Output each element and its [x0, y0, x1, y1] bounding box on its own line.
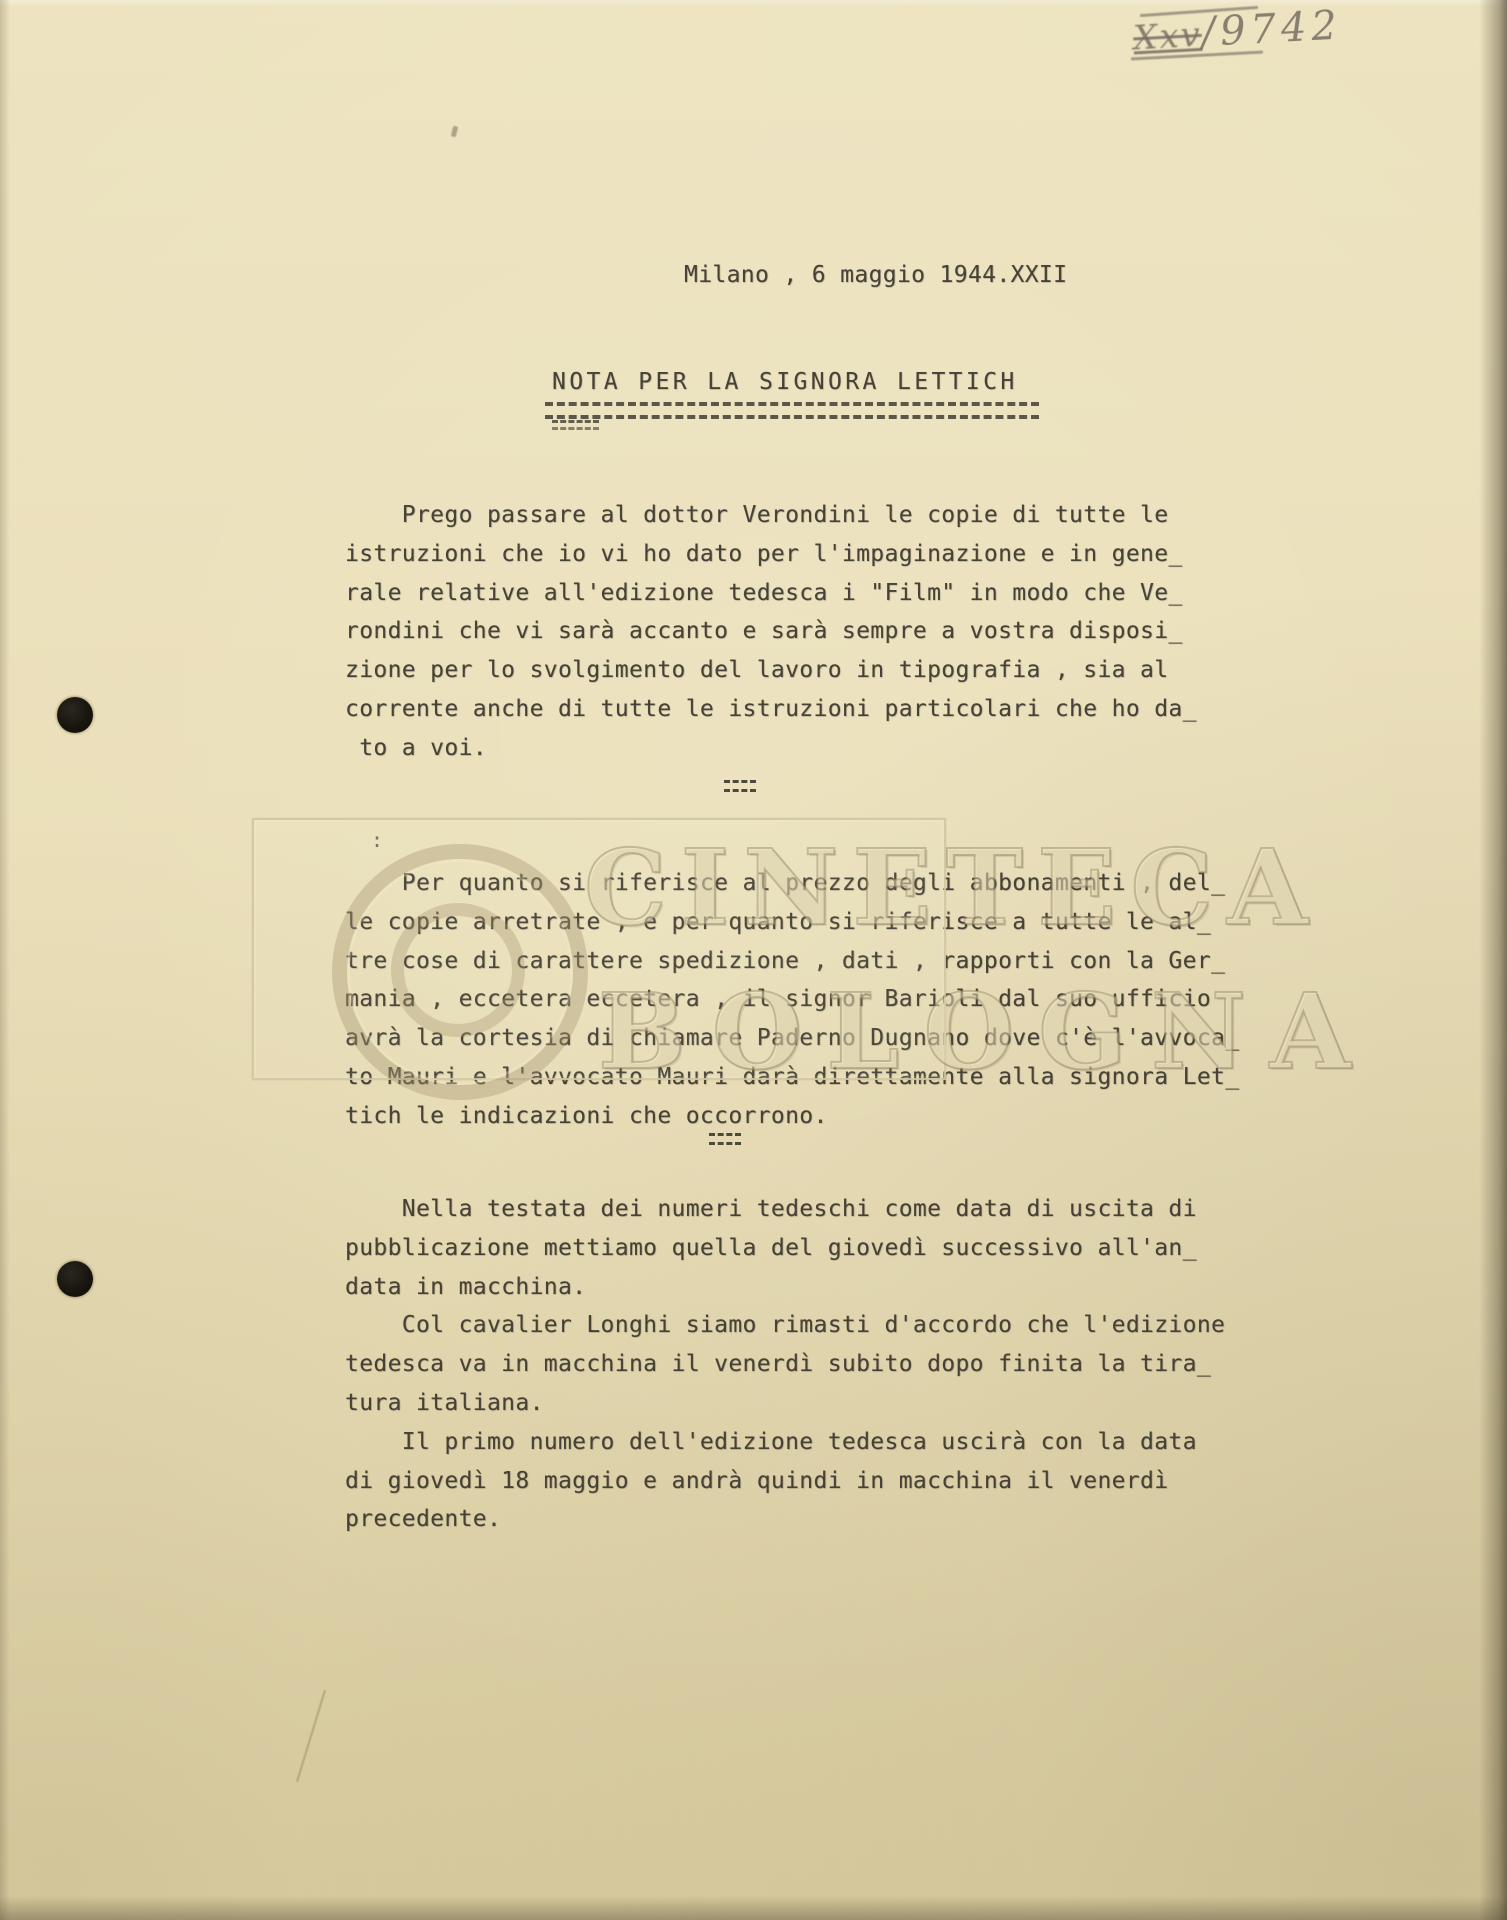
typewritten-line: corrente anche di tutte le istruzioni pa… — [345, 690, 1197, 729]
page-edge-bottom — [0, 1896, 1507, 1920]
page-edge-top — [0, 0, 1507, 7]
typewritten-line: tedesca va in macchina il venerdì subito… — [345, 1345, 1225, 1384]
typewritten-line: Prego passare al dottor Verondini le cop… — [345, 496, 1197, 535]
title-underline-fragment — [552, 420, 599, 430]
typewritten-line: tura italiana. — [345, 1384, 1225, 1423]
typewritten-line: Per quanto si riferisce al prezzo degli … — [345, 864, 1239, 903]
annotation-number: /9742 — [1200, 3, 1342, 56]
typewritten-line: tich le indicazioni che occorrono. — [345, 1097, 1239, 1136]
dateline: Milano , 6 maggio 1944.XXII — [684, 262, 1067, 288]
section-divider-2 — [709, 1133, 741, 1145]
typewritten-line: tre cose di carattere spedizione , dati … — [345, 942, 1239, 981]
typewritten-line: zione per lo svolgimento del lavoro in t… — [345, 651, 1197, 690]
title-underline — [545, 402, 1039, 419]
typewritten-line: Il primo numero dell'edizione tedesca us… — [345, 1423, 1225, 1462]
typewritten-line: data in macchina. — [345, 1268, 1225, 1307]
typewritten-line: to Mauri e l'avvocato Mauri darà diretta… — [345, 1058, 1239, 1097]
handwritten-annotation: Xxv/9742 — [1132, 3, 1343, 60]
page-edge-right — [1479, 0, 1507, 1920]
typewritten-line: istruzioni che io vi ho dato per l'impag… — [345, 535, 1197, 574]
scratch-mark — [296, 1690, 326, 1782]
typewritten-line: rondini che vi sarà accanto e sarà sempr… — [345, 612, 1197, 651]
section-divider-1 — [724, 780, 756, 792]
typewritten-line: Col cavalier Longhi siamo rimasti d'acco… — [345, 1306, 1225, 1345]
typewritten-line: le copie arretrate , e per quanto si rif… — [345, 903, 1239, 942]
colon-artifact: : — [371, 828, 383, 852]
typewritten-line: Nella testata dei numeri tedeschi come d… — [345, 1190, 1225, 1229]
note-title: NOTA PER LA SIGNORA LETTICH — [552, 369, 1018, 395]
annotation-scribble: Xxv — [1132, 15, 1203, 59]
typewritten-line: di giovedì 18 maggio e andrà quindi in m… — [345, 1462, 1225, 1501]
punch-hole-bottom — [57, 1261, 93, 1297]
scanned-document-page: Xxv/9742 Milano , 6 maggio 1944.XXII NOT… — [0, 0, 1507, 1920]
typewritten-line: to a voi. — [345, 729, 1197, 768]
punch-hole-top — [57, 697, 93, 733]
typewritten-line: mania , eccetera eccetera , il signor Ba… — [345, 980, 1239, 1019]
typewritten-line: pubblicazione mettiamo quella del gioved… — [345, 1229, 1225, 1268]
typewritten-line: avrà la cortesia di chiamare Paderno Dug… — [345, 1019, 1239, 1058]
typewritten-line: rale relative all'edizione tedesca i "Fi… — [345, 574, 1197, 613]
paragraph-2: Per quanto si riferisce al prezzo degli … — [345, 864, 1239, 1136]
scan-speck — [451, 126, 459, 138]
typewritten-line: precedente. — [345, 1500, 1225, 1539]
page-edge-left — [0, 0, 10, 1920]
paragraph-1: Prego passare al dottor Verondini le cop… — [345, 496, 1197, 768]
paragraph-3: Nella testata dei numeri tedeschi come d… — [345, 1190, 1225, 1539]
